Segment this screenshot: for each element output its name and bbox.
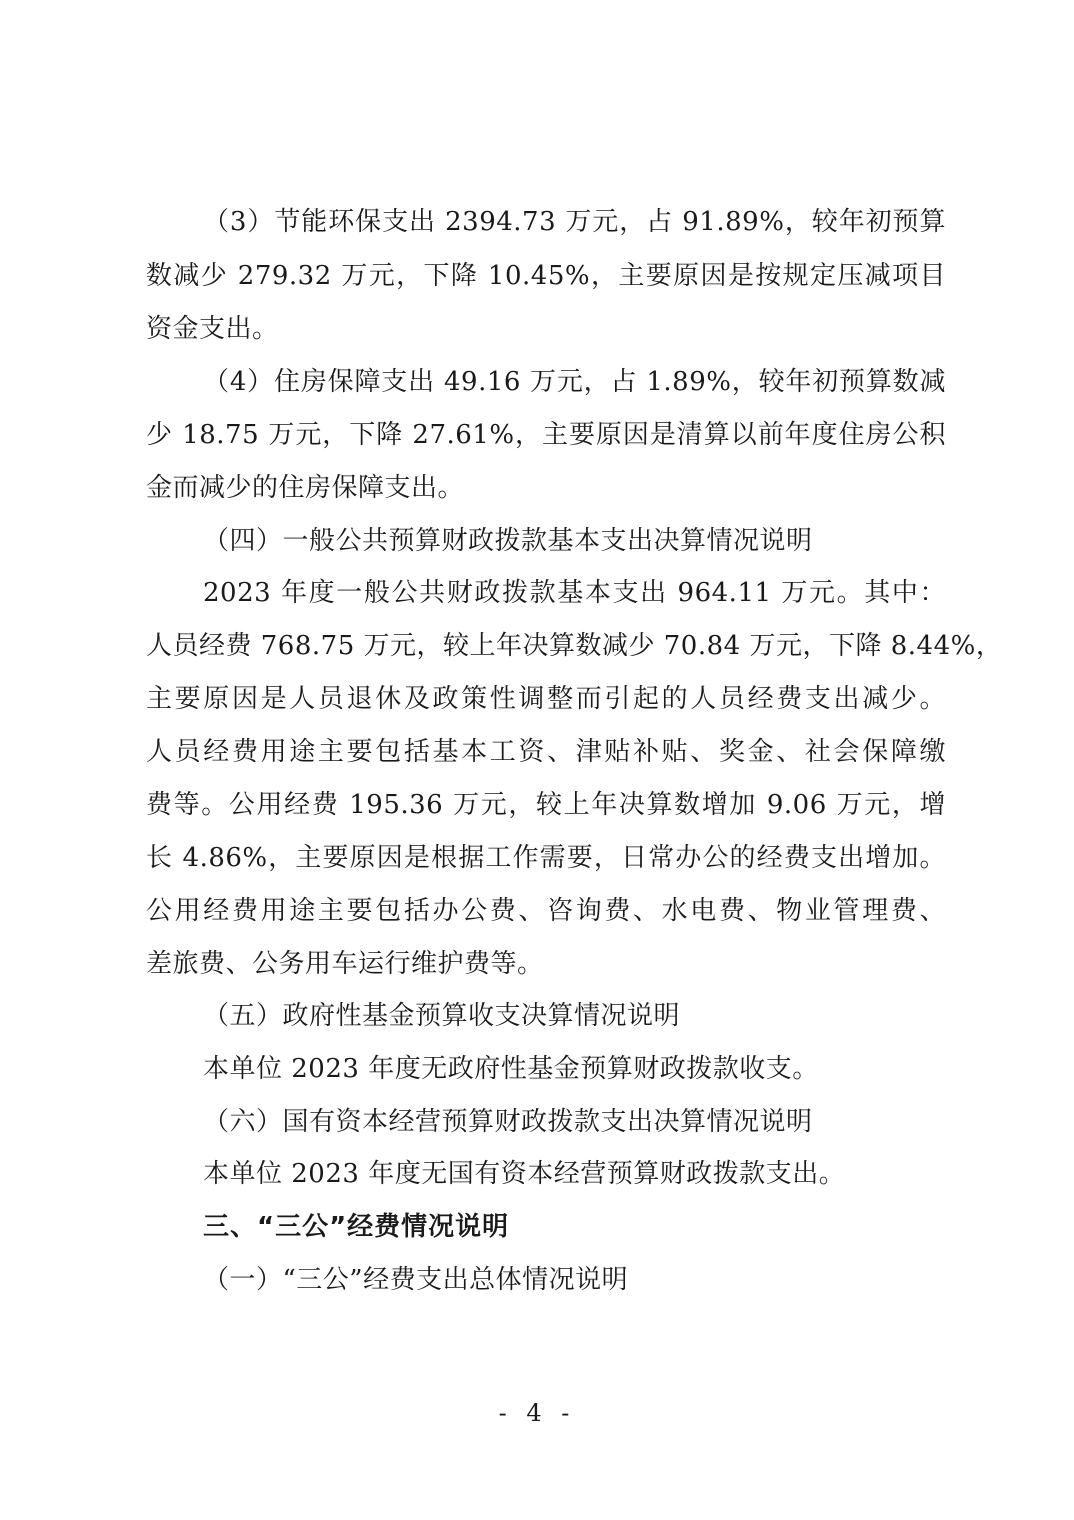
paragraph-line: 人员经费 768.75 万元，较上年决算数减少 70.84 万元，下降 8.44…: [146, 630, 946, 662]
section-heading: （四）一般公共预算财政拨款基本支出决算情况说明: [203, 525, 946, 557]
paragraph-line: 金而减少的住房保障支出。: [146, 472, 946, 504]
section-heading: （六）国有资本经营预算财政拨款支出决算情况说明: [203, 1106, 946, 1138]
paragraph-line: 本单位 2023 年度无国有资本经营预算财政拨款支出。: [203, 1158, 946, 1190]
paragraph-line: 人员经费用途主要包括基本工资、津贴补贴、奖金、社会保障缴: [146, 736, 946, 768]
paragraph-line: 公用经费用途主要包括办公费、咨询费、水电费、物业管理费、: [146, 895, 946, 927]
paragraph-line: 资金支出。: [146, 313, 946, 345]
paragraph-line: 费等。公用经费 195.36 万元，较上年决算数增加 9.06 万元，增: [146, 789, 946, 821]
paragraph-line: 数减少 279.32 万元，下降 10.45%，主要原因是按规定压减项目: [146, 260, 946, 292]
paragraph-line: （4）住房保障支出 49.16 万元，占 1.89%，较年初预算数减: [203, 366, 946, 398]
paragraph-line: 2023 年度一般公共财政拨款基本支出 964.11 万元。其中：: [203, 577, 946, 609]
paragraph-line: （3）节能环保支出 2394.73 万元，占 91.89%，较年初预算: [203, 206, 946, 238]
paragraph-line: 少 18.75 万元，下降 27.61%，主要原因是清算以前年度住房公积: [146, 419, 946, 451]
page-number: - 4 -: [0, 1398, 1074, 1428]
paragraph-line: 差旅费、公务用车运行维护费等。: [146, 948, 946, 980]
paragraph-line: 长 4.86%，主要原因是根据工作需要，日常办公的经费支出增加。: [146, 842, 946, 874]
chapter-heading: 三、“三公”经费情况说明: [203, 1211, 946, 1243]
document-page: （3）节能环保支出 2394.73 万元，占 91.89%，较年初预算 数减少 …: [0, 0, 1074, 1520]
paragraph-line: 主要原因是人员退休及政策性调整而引起的人员经费支出减少。: [146, 683, 946, 715]
paragraph-line: 本单位 2023 年度无政府性基金预算财政拨款收支。: [203, 1053, 946, 1085]
section-heading: （五）政府性基金预算收支决算情况说明: [203, 1000, 946, 1032]
section-heading: （一）“三公”经费支出总体情况说明: [203, 1264, 946, 1296]
